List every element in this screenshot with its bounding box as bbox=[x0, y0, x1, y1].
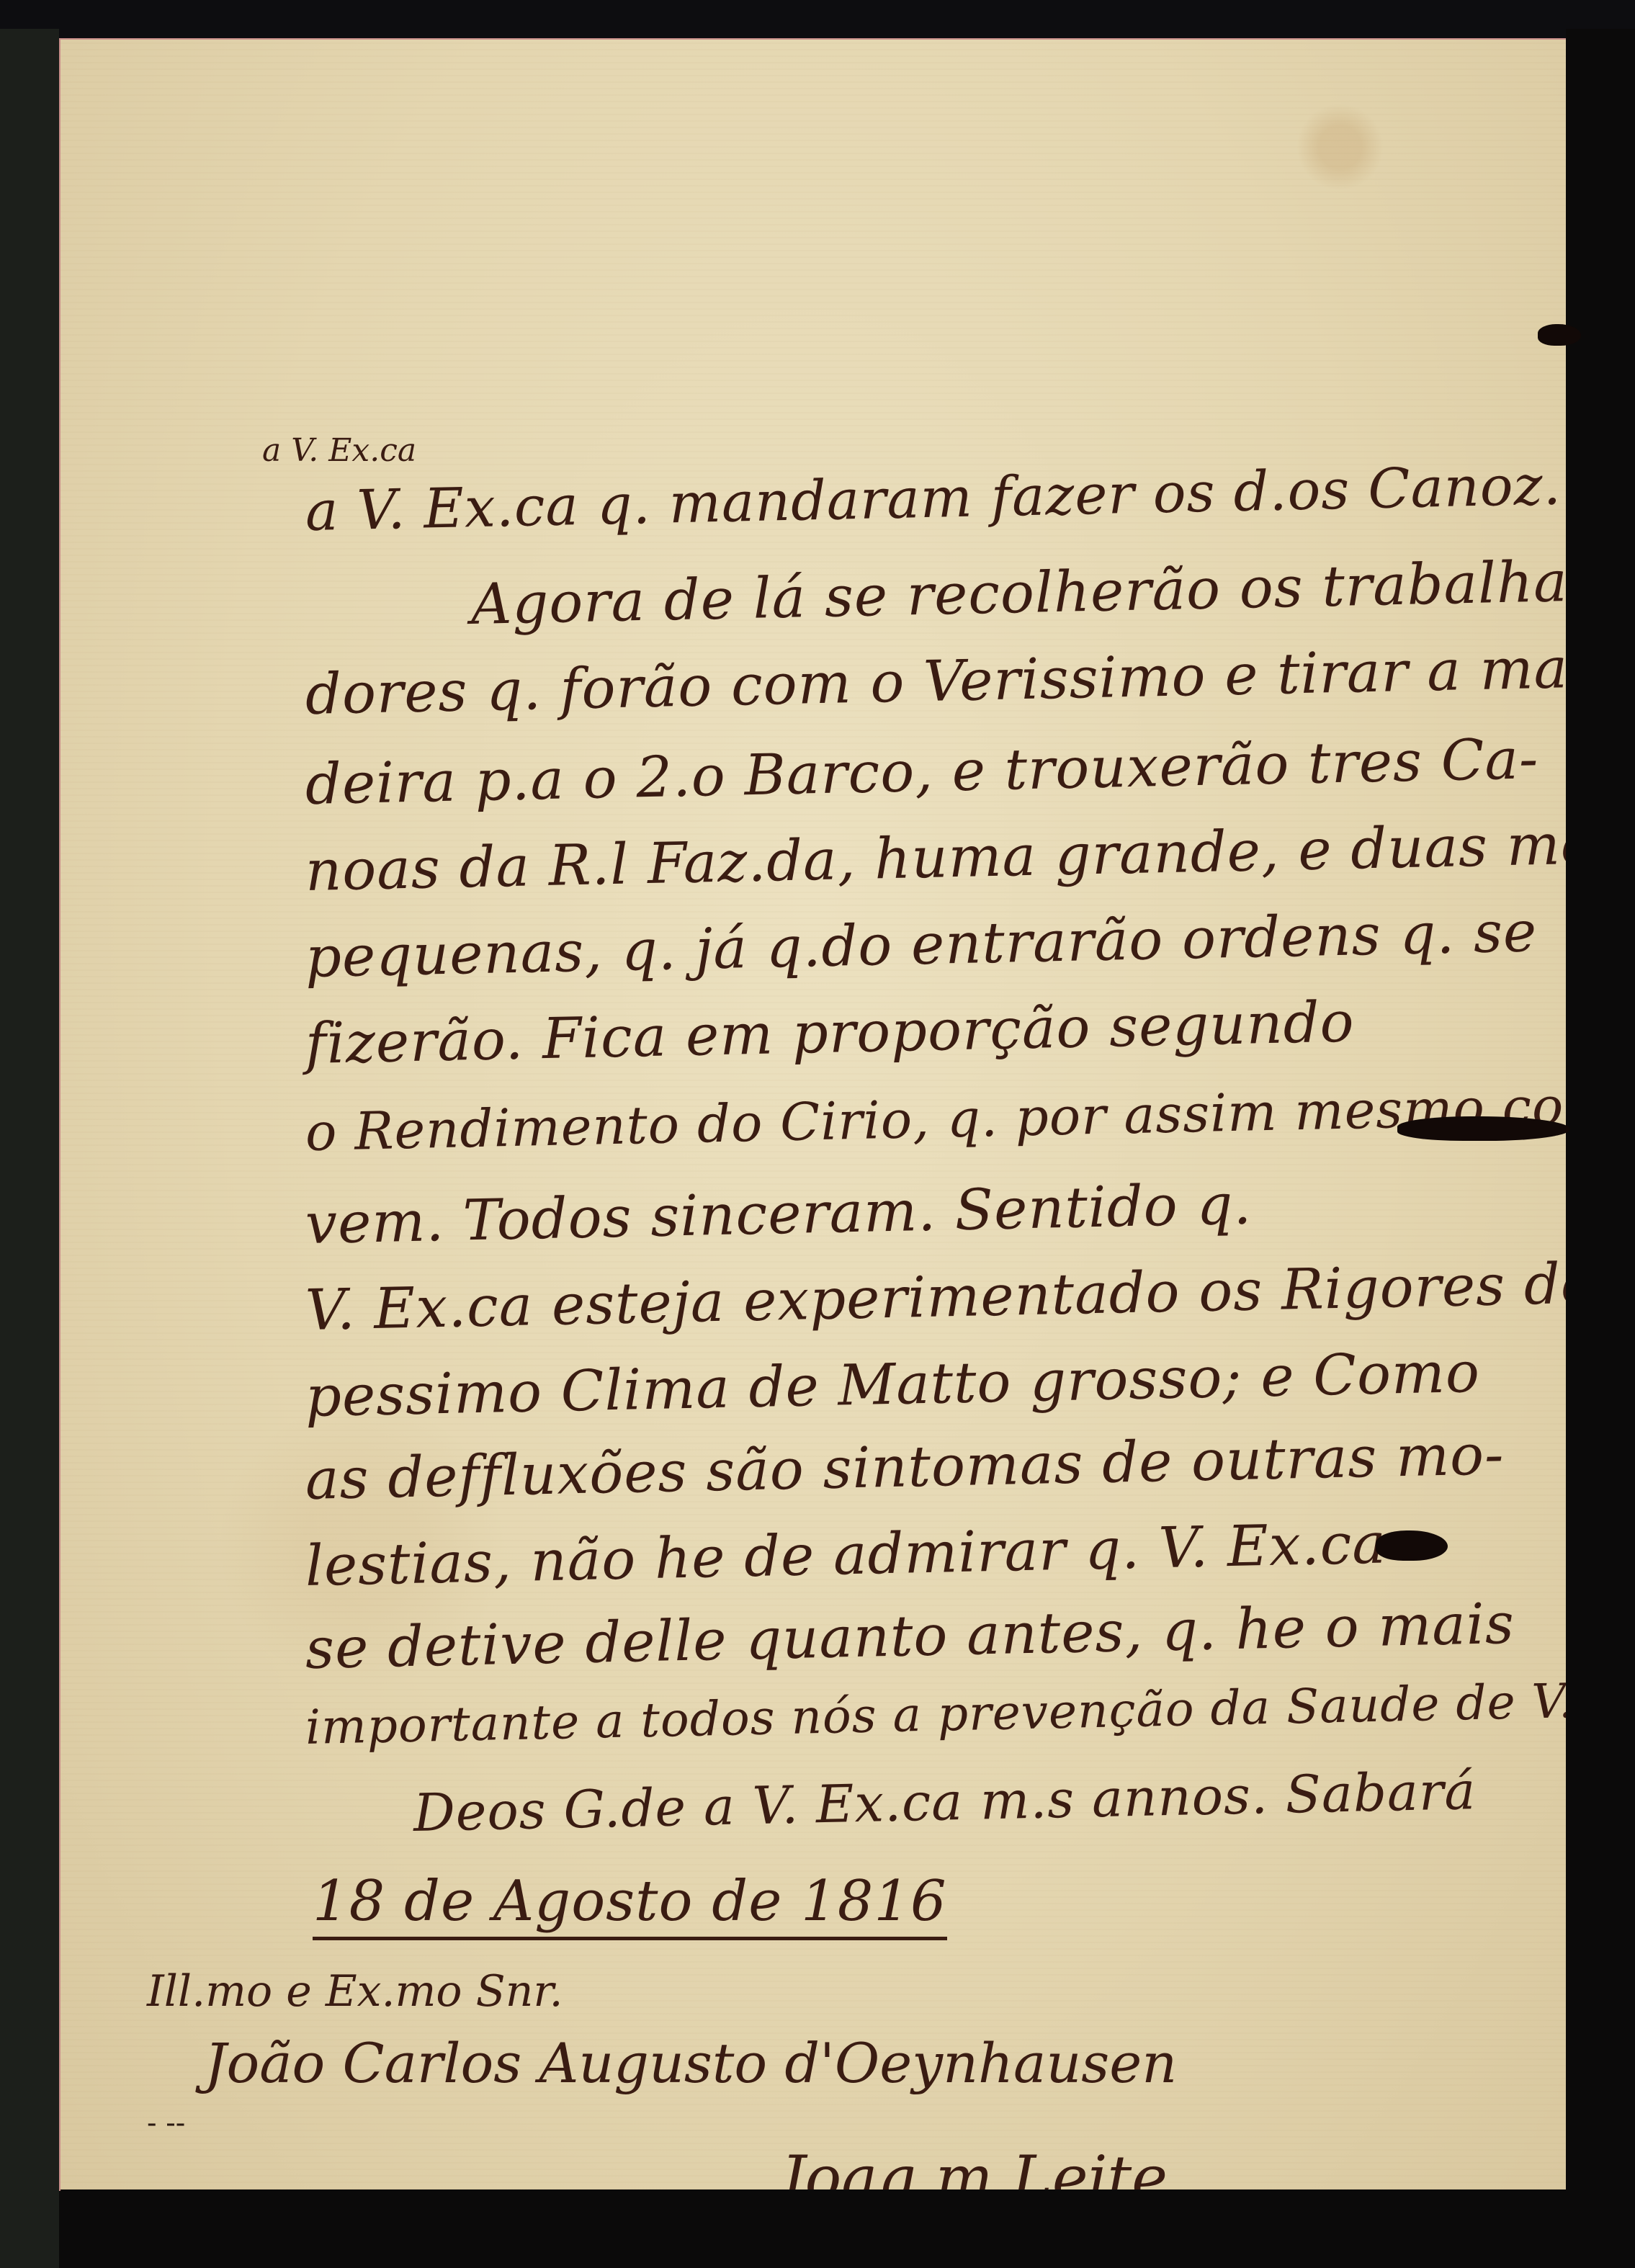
manuscript-line-2: Agora de lá se recolherão os trabalha- bbox=[470, 550, 1566, 637]
manuscript-line-1: a V. Ex.ca q. mandaram fazer os d.os Can… bbox=[305, 452, 1562, 543]
manuscript-line-15: importante a todos nós a prevenção da Sa… bbox=[305, 1670, 1566, 1755]
manuscript-line-5: noas da R.l Faz.da, huma grande, e duas … bbox=[305, 812, 1566, 904]
manuscript-line-11: pessimo Clima de Matto grosso; e Como bbox=[305, 1340, 1481, 1430]
manuscript-page: a V. Ex.ca a V. Ex.ca q. mandaram fazer … bbox=[61, 40, 1566, 2189]
manuscript-line-9: vem. Todos sinceram. Sentido q. bbox=[305, 1172, 1253, 1257]
manuscript-line-10: V. Ex.ca esteja experimentado os Rigores… bbox=[305, 1252, 1566, 1343]
addressee-name: João Carlos Augusto d'Oeynhausen bbox=[205, 2031, 1177, 2095]
manuscript-line-4: deira p.a o 2.o Barco, e trouxerão tres … bbox=[305, 727, 1539, 817]
scan-background-bottom bbox=[61, 2189, 1635, 2268]
letter-date: 18 de Agosto de 1816 bbox=[313, 1869, 947, 1940]
scan-background-left bbox=[0, 29, 59, 2268]
manuscript-line-8: o Rendimento do Cirio, q. por assim mesm… bbox=[305, 1075, 1566, 1162]
manuscript-line-6: pequenas, q. já q.do entrarão ordens q. … bbox=[305, 900, 1538, 990]
superscript-abbreviation: a V. Ex.ca bbox=[262, 432, 416, 469]
ink-blot bbox=[1376, 1530, 1448, 1561]
closing-line: Deos G.de a V. Ex.ca m.s annos. Sabará bbox=[413, 1760, 1477, 1843]
manuscript-line-14: se detive delle quanto antes, q. he o ma… bbox=[305, 1592, 1515, 1682]
edge-notch bbox=[1538, 324, 1581, 346]
margin-dash-mark: - -- bbox=[147, 2107, 185, 2140]
scan-background-right bbox=[1566, 29, 1635, 2268]
manuscript-line-7: fizerão. Fica em proporção segundo bbox=[305, 990, 1355, 1077]
manuscript-line-3: dores q. forão com o Verissimo e tirar a… bbox=[305, 636, 1566, 727]
manuscript-line-12: as deffluxões são sintomas de outras mo- bbox=[305, 1422, 1505, 1512]
ink-blot-tear bbox=[1397, 1116, 1570, 1141]
signature: Joaq.m Leite bbox=[781, 2143, 1168, 2189]
manuscript-line-13: lestias, não he de admirar q. V. Ex.ca bbox=[305, 1512, 1387, 1599]
addressee-title: Ill.mo e Ex.mo Snr. bbox=[147, 1966, 563, 2017]
date-line: 18 de Agosto de 1816 bbox=[313, 1869, 947, 1934]
scan-background-top bbox=[0, 0, 1635, 42]
